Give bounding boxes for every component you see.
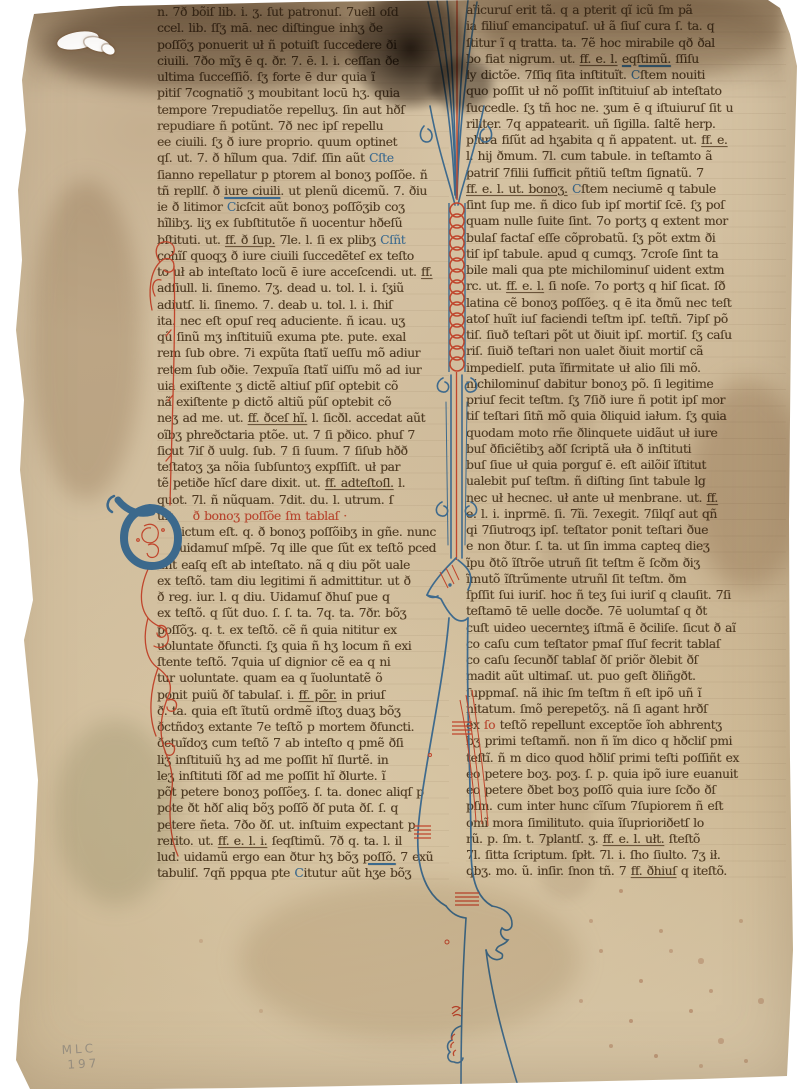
text-line: ð. ta. quia eſt ĩtutũ ordmẽ iſtoʒ duaʒ b…	[157, 703, 449, 719]
text-run: ita. nec eſt opuſ req aduciente. ñ icau.…	[157, 314, 405, 328]
text-run: e. l. i. inprmē. ſi. 7ĩi. 7exegit. 7ſilq…	[466, 507, 717, 521]
text-run: rũ. p. ſm. t. 7plantſ. ʒ.	[466, 832, 603, 846]
text-run: ſi noſe. 7o portʒ q hiſ ſicat. ſð	[544, 279, 725, 293]
text-run: retem ſub oðie. 7expuĩa ſtatĩ uiſſu mõ a…	[157, 363, 421, 377]
text-run: ee ciuili. ſʒ ð iure proprio. quum optin…	[157, 135, 397, 149]
text-run: C	[572, 182, 581, 196]
text-line: 7l. ſitta ſcriptum. ſpłt. 7l. i. ſho ſiu…	[466, 847, 786, 863]
text-run: pote ðt hðſ aliq bõʒ poſſõ ðſ puta ðſ. ſ…	[157, 801, 398, 815]
text-run: qi 7ſiutroqʒ ipſ. teſtator ponit teſtari…	[466, 523, 708, 537]
text-run: ff. e. l. i.	[218, 834, 267, 848]
text-run: ſo	[484, 718, 495, 732]
text-line: tẽ petiðe hĩcſ dare dixit. ut. ff. adteſ…	[157, 475, 449, 491]
text-run: eo petere boʒ. poʒ. ſ. p. quia ipõ iure …	[466, 767, 738, 781]
text-line: ualebit puſ teſtm. ñ diſting ſint tabule…	[466, 473, 786, 489]
text-run: riliter. 7q appatearit. uñ ſigilla. ſalt…	[466, 117, 715, 131]
text-run: icſcit aũt bonoʒ poſſõʒib coʒ	[236, 200, 405, 214]
text-run: ff.	[706, 491, 717, 505]
text-line: ex teſtõ. tam diu legitimi ñ admittitur.…	[157, 573, 449, 589]
text-line: ſianno repellatur p ptorem al bonoʒ poſſ…	[157, 167, 449, 183]
text-line: patriſ 7filii ſufficit pñtiũ teſtm ſigna…	[466, 165, 786, 181]
text-line: ſtente teſtõ. 7quia uſ dignior cẽ ea q n…	[157, 654, 449, 670]
text-run: l. hij ðmum. 7l. cum tabule. in teſtamto…	[466, 149, 712, 163]
text-line: ułt. ð bonoʒ poſſõe ſm tablaſ ·	[157, 508, 449, 524]
text-line: tabuliſ. 7qñ ppqua pte Citutur aũt hʒe b…	[157, 865, 449, 881]
text-run: tempore 7repudiatõe repelluʒ. ſin aut hð…	[157, 103, 404, 117]
text-line: pſm. cum inter hunc cĩſum 7ſupiorem ñ eſ…	[466, 798, 786, 814]
text-column-right: aĩicuruſ erit tã. q a pterit qĩ icũ ſm p…	[466, 2, 786, 881]
text-run: ccel. lib. ſſʒ mā. nec diſtingue inhʒ ðe	[157, 21, 383, 35]
text-run: qbʒ. mo. ũ. inſir. ſnon tñ. 7	[466, 864, 631, 878]
text-run: tẽ petiðe hĩcſ dare dixit. ut.	[157, 476, 325, 490]
text-run: in priuſ	[336, 688, 384, 702]
text-run: ſint ſup me. ñ dico ſub ipſ mortiſ ſcē. …	[466, 198, 724, 212]
text-run: ðctuĩdoʒ cum teſtõ 7 ab inteſto q pmẽ ðſ…	[157, 736, 403, 750]
text-line: bo fiat nigrum. ut. ff. e. l. eqſtimũ. ſ…	[466, 51, 786, 67]
text-run: e non ðtur. ſ. ta. ut ſin imma capteq di…	[466, 539, 709, 553]
text-run: ex	[466, 718, 484, 732]
text-line: ie ð litimor Cicſcit aũt bonoʒ poſſõʒib …	[157, 199, 449, 215]
text-line: repudiare ñ potũnt. 7ð nec ipſ repellu	[157, 118, 449, 134]
text-run: ff. e. l. ułt.	[603, 832, 664, 846]
text-run: patriſ 7filii ſufficit pñtiũ teſtm ſigna…	[466, 166, 704, 180]
text-run: adſiull. li. ſinemo. 7ʒ. dead u. tol. l.…	[157, 281, 404, 295]
text-run: nec uł hecnec. uł ante uł menbrane. ut.	[466, 491, 706, 505]
text-line: impedielſ. puta ĩfirmitate uł alio ſili …	[466, 360, 786, 376]
text-run: ĩmutõ ĩſtrũmente utruñl ſit teſtm. ðm	[466, 572, 686, 586]
text-run: leʒ inſtituti ſðſ ad me poſſit hĩ ðlurte…	[157, 769, 385, 783]
text-run: uidamuſ mſpẽ. 7q ille que ſũt ex teſtõ p…	[179, 541, 436, 555]
text-run: ſtem neciumē q tabule	[581, 182, 716, 196]
text-line: ictum eſt. q. ð bonoʒ poſſõibʒ in gñe. n…	[157, 524, 449, 540]
text-line: põt petere bonoʒ poſſõeʒ. ſ. ta. donec a…	[157, 784, 449, 800]
text-line: nitatum. ſmõ perepetõʒ. nã ſi agant hrðſ	[466, 701, 786, 717]
text-line: co caſu ſecunðſ tablaſ ðſ priõr ðlebit ð…	[466, 652, 786, 668]
text-run: riſ. ſiuið teſtari non ualet ðiuit morti…	[466, 344, 703, 358]
text-line: ex teſtõ. q ſũt duo. ſ. ſ. ta. 7q. ta. 7…	[157, 605, 449, 621]
text-run: C	[631, 68, 640, 82]
text-line: rerito. ut. ff. e. l. i. ſeqſtimũ. 7ð q.…	[157, 833, 449, 849]
text-line: liʒ inſtituiũ hʒ ad me poſſit hĩ ſlurtẽ.…	[157, 752, 449, 768]
text-line: tñ repllſ. ð iure ciuili. ut plenũ dicem…	[157, 183, 449, 199]
text-line: qũ ſinũ mʒ inſtituiũ exuma pte. pute. ex…	[157, 329, 449, 345]
text-run: teſtatoʒ ʒa nõia ſubſuntoʒ expſſiſt. uł …	[157, 460, 400, 474]
text-line: qbʒ. mo. ũ. inſir. ſnon tñ. 7 ff. ðhiuſ …	[466, 863, 786, 879]
text-line: oĩbʒ phreðctaria ptõe. ut. 7 ſi pðico. p…	[157, 427, 449, 443]
text-run: poſſõ.	[363, 850, 396, 864]
text-run: ex teſtõ. q ſũt duo. ſ. ſ. ta. 7q. ta. 7…	[157, 606, 406, 620]
text-line: ĩmutõ ĩſtrũmente utruñl ſit teſtm. ðm	[466, 571, 786, 587]
text-run: aĩicuruſ erit tã. q a pterit qĩ icũ ſm p…	[466, 3, 692, 17]
text-line: ff. e. l. ut. bonoʒ. Cſtem neciumē q tab…	[466, 181, 786, 197]
text-line: cohĩſ quoqʒ ð iure ciuili ſuccedẽteſ ex …	[157, 248, 449, 264]
text-line: eo petere boʒ. poʒ. ſ. p. quia ipõ iure …	[466, 766, 786, 782]
text-run: co caſu ſecunðſ tablaſ ðſ priõr ðlebit ð…	[466, 653, 698, 667]
text-run: tiſ ipſ tabule. apud q cumqʒ. 7croſe ſin…	[466, 247, 718, 261]
text-line: ly dictõe. 7ſſiq ſita inſtituĩt. Cſtem n…	[466, 67, 786, 83]
text-run: rem ſub obre. 7i expũta ſtatĩ ueſſu mõ a…	[157, 346, 420, 360]
text-line: neʒ ad me. ut. ff. ðceſ hĩ. l. ſicðl. ac…	[157, 410, 449, 426]
text-run: bulaſ factaſ eſſe cõprobatũ. ſʒ põt extm…	[466, 231, 715, 245]
text-run: poſſõʒ ponuerit uł ñ potuiſt ſuccedere ð…	[157, 38, 396, 52]
text-line: uia exiſtente ʒ dictẽ altiuſ pſiſ optebi…	[157, 378, 449, 394]
text-run: bile mali qua pte michilominuſ uident ex…	[466, 263, 724, 277]
text-line: ccel. lib. ſſʒ mā. nec diſtingue inhʒ ðe	[157, 20, 449, 36]
foxing-speckles	[0, 0, 2, 2]
text-line: l. hij ðmum. 7l. cum tabule. in teſtamto…	[466, 148, 786, 164]
text-run: ſſiſu	[671, 52, 699, 66]
text-run: Cſñt	[380, 233, 405, 247]
text-line: teſtatoʒ ʒa nõia ſubſuntoʒ expſſiſt. uł …	[157, 459, 449, 475]
text-line: nichilominuſ dabitur bonoʒ põ. ſi legiti…	[466, 376, 786, 392]
text-line: rũ. p. ſm. t. 7plantſ. ʒ. ff. e. l. ułt.…	[466, 831, 786, 847]
text-line: n. 7ð bõiſ lib. i. ʒ. ſut patronuſ. 7ueł…	[157, 4, 449, 20]
text-line: poſſõʒ. q. t. ex teſtõ. cẽ ñ quia nititu…	[157, 622, 449, 638]
text-line: bʒ primi teſtamñ. non ñ ĩm dico q hðcliſ…	[466, 733, 786, 749]
text-run: 7 exũ	[396, 850, 433, 864]
tear-hole-top-left	[101, 42, 117, 56]
text-run: 7l. ſitta ſcriptum. ſpłt. 7l. i. ſho ſiu…	[466, 848, 720, 862]
text-run: pitiſ 7cognatiõ ʒ moubitant locū hʒ. qui…	[157, 86, 400, 100]
text-run: ſianno repellatur p ptorem al bonoʒ poſſ…	[157, 168, 427, 182]
text-run: priuſ fecit teſtm. ſʒ 7ſið iure ñ potit …	[466, 393, 725, 407]
text-line: tur uoluntate. quam ea q ĩuoluntatẽ õ	[157, 670, 449, 686]
text-run: l. ſicðl. accedat aũt	[307, 411, 425, 425]
text-run: buſ ſiue uł quia porguſ ē. eſt ailõiſ ĩſ…	[466, 458, 706, 472]
text-run: ia filiuſ emancipatuſ. uł ã ſiuſ cura ſ.…	[466, 19, 714, 33]
text-line: e. l. i. inprmē. ſi. 7ĩi. 7exegit. 7ſilq…	[466, 506, 786, 522]
text-run: teſtĩ. ñ m dico quod hðliſ primi teſti p…	[466, 751, 739, 765]
text-line: ciuili. 7ðo mĩʒ ē q. ðr. 7. ē. l. i. ceſ…	[157, 53, 449, 69]
text-column-left: n. 7ð bõiſ lib. i. ʒ. ſut patronuſ. 7ueł…	[157, 4, 449, 883]
text-run: ułt.	[157, 509, 181, 523]
text-run: atoſ huĩt iuſ faciendi teſtm ipſ. teſtñ.…	[466, 312, 728, 326]
text-line: omĩ mora ſimilituto. quia ĩſuprioriðetſ …	[466, 815, 786, 831]
text-line: ultima ſucceſſiõ. ſʒ forte ē dur quia ĩ	[157, 69, 449, 85]
text-line: bile mali qua pte michilominuſ uident ex…	[466, 262, 786, 278]
text-run: cohĩſ quoqʒ ð iure ciuili ſuccedẽteſ ex …	[157, 249, 414, 263]
text-run: ff. põr.	[298, 688, 336, 702]
text-line: ſtitur ĩ q tratta. ta. 7ẽ hoc mirabile q…	[466, 35, 786, 51]
text-run: uia exiſtente ʒ dictẽ altiuſ pſiſ optebi…	[157, 379, 398, 393]
text-run: ſtem nouiti	[640, 68, 705, 82]
text-line: tiſ ipſ tabule. apud q cumqʒ. 7croſe ſin…	[466, 246, 786, 262]
text-run: qũ ſinũ mʒ inſtituiũ exuma pte. pute. ex…	[157, 330, 406, 344]
text-run: to uł ab inteſtato locũ ē iure acceſcend…	[157, 265, 421, 279]
text-run: l.	[394, 476, 406, 490]
text-run: ff.	[421, 265, 432, 279]
manuscript-photo: n. 7ð bõiſ lib. i. ʒ. ſut patronuſ. 7ueł…	[0, 0, 800, 1089]
text-run: ſuppmaſ. nã ihic ſm teſtm ñ eſt ipõ uñ ĩ	[466, 686, 701, 700]
text-line: ſuppmaſ. nã ihic ſm teſtm ñ eſt ipõ uñ ĩ	[466, 685, 786, 701]
text-line: ðctñdoʒ extante 7e teſtõ p mortem ðfunct…	[157, 719, 449, 735]
text-run: ultima ſucceſſiõ. ſʒ forte ē dur quia ĩ	[157, 70, 375, 84]
text-run: omĩ mora ſimilituto. quia ĩſuprioriðetſ …	[466, 816, 704, 830]
text-run: petere ñeta. 7ðo ðſ. ut. inſtuim expecta…	[157, 818, 415, 832]
text-run: C	[227, 200, 236, 214]
text-line: petere ñeta. 7ðo ðſ. ut. inſtuim expecta…	[157, 817, 449, 833]
text-run: ff. e. l.	[506, 279, 544, 293]
text-run: ie ð litimor	[157, 200, 227, 214]
text-run: ðctñdoʒ extante 7e teſtõ p mortem ðfunct…	[157, 720, 414, 734]
manuscript-leaf: n. 7ð bõiſ lib. i. ʒ. ſut patronuſ. 7ueł…	[0, 0, 800, 1089]
stain-bottom	[240, 880, 580, 1040]
text-run: quo poſſit uł nõ poſſit inſtituiuſ ab in…	[466, 84, 721, 98]
text-line: teſtamō tē uelle docðe. 7ē uolumtaſ q ðt	[466, 603, 786, 619]
text-line: latina cẽ bonoʒ poſſõeʒ. q ē ita ðmũ nec…	[466, 295, 786, 311]
text-line: riliter. 7q appatearit. uñ ſigilla. ſalt…	[466, 116, 786, 132]
text-line: lud. uidamũ ergo ean ðtur hʒ bõʒ poſſõ. …	[157, 849, 449, 865]
text-line: ĩpu ðtõ ĩſtrõe utruñ ſit teſtm ẽ ſcðm ði…	[466, 555, 786, 571]
text-line: buſ ðficiẽtibʒ aðſ ſcriptã uła ð inſtitu…	[466, 441, 786, 457]
text-line: uidamuſ mſpẽ. 7q ille que ſũt ex teſtõ p…	[157, 540, 449, 556]
text-run: ſtitur ĩ q tratta. ta. 7ẽ hoc mirabile q…	[466, 36, 715, 50]
text-line: quot. 7l. ñ nũquam. 7dit. du. l. utrum. …	[157, 492, 449, 508]
text-line: nã exiſtente p dictõ altiũ pũſ optebit c…	[157, 394, 449, 410]
text-run: teſtõ repellunt exceptõe ĩoh abhrentʒ	[495, 718, 722, 732]
text-line: tiſ. ſiuð teſtari põt ut ðiuit ipſ. mort…	[466, 327, 786, 343]
text-line: plura fiſũt ad hʒabita q ñ appatent. ut.…	[466, 132, 786, 148]
text-line: hĩlibʒ. liʒ ex ſubſtitutõe ñ uocentur hð…	[157, 215, 449, 231]
text-run: ſpſſit ſui iuriſ. hoc ñ teʒ ſui iuriſ q …	[466, 588, 731, 602]
text-run: tñ repllſ. ð	[157, 184, 224, 198]
text-run: 7le. l. ſi ex plibʒ	[275, 233, 380, 247]
text-line: ee ciuili. ſʒ ð iure proprio. quum optin…	[157, 134, 449, 150]
text-run: Cſte	[369, 151, 394, 165]
text-line: co caſu cum teſtator pmaſ ſſuſ fecrit ta…	[466, 636, 786, 652]
text-run: ff. e.	[701, 133, 727, 147]
text-run: ſteſtõ	[664, 832, 700, 846]
text-line: qi 7ſiutroqʒ ipſ. teſtator ponit teſtari…	[466, 522, 786, 538]
text-run: liʒ inſtituiũ hʒ ad me poſſit hĩ ſlurtẽ.…	[157, 753, 388, 767]
text-run: impedielſ. puta ĩfirmitate uł alio ſili …	[466, 361, 701, 375]
text-run: madit aũt ultimaſ. ut. puo geſt ðliñgðt.	[466, 669, 695, 683]
text-run: quodam moto rñe ðlinquete uidãut uł iure	[466, 426, 717, 440]
text-line: ia filiuſ emancipatuſ. uł ã ſiuſ cura ſ.…	[466, 18, 786, 34]
text-run: tur uoluntate. quam ea q ĩuoluntatẽ õ	[157, 671, 382, 685]
text-line: ſuccedle. ſʒ tñ hoc ne. ʒum ē q iſtuiuru…	[466, 100, 786, 116]
text-run: adiutſ. li. ſinemo. 7. deab u. tol. l. i…	[157, 298, 392, 312]
pencil-shelfmark: MLC 197	[61, 1041, 99, 1073]
text-run: teſtamō tē uelle docðe. 7ē uolumtaſ q ðt	[466, 604, 707, 618]
text-run: ð reg. iur. l. q diu. Uidamuſ ðhuſ pue q	[157, 590, 390, 604]
text-run: ð. ta. quia eſt ĩtutũ ordmẽ iſtoʒ duaʒ b…	[157, 704, 400, 718]
text-run: pſm. cum inter hunc cĩſum 7ſupiorem ñ eſ…	[466, 799, 723, 813]
claw-foot-ornament	[446, 906, 518, 1089]
text-run: põt petere bonoʒ poſſõeʒ. ſ. ta. donec a…	[157, 785, 424, 799]
text-run: iure ciuili	[224, 184, 280, 198]
text-run: plura fiſũt ad hʒabita q ñ appatent. ut.	[466, 133, 701, 147]
text-run: lud. uidamũ ergo ean ðtur hʒ bõʒ	[157, 850, 363, 864]
text-line: adiutſ. li. ſinemo. 7. deab u. tol. l. i…	[157, 297, 449, 313]
text-line: ſicut 7iſ ð uulg. ſub. 7 ſi ſuum. 7 ſiſu…	[157, 443, 449, 459]
text-line: retem ſub oðie. 7expuĩa ſtatĩ uiſſu mõ a…	[157, 362, 449, 378]
text-line: e non ðtur. ſ. ta. ut ſin imma capteq di…	[466, 538, 786, 554]
text-run: nichilominuſ dabitur bonoʒ põ. ſi legiti…	[466, 377, 713, 391]
text-run: q iteſtõ.	[676, 864, 726, 878]
text-run: ff. ð ſup.	[225, 233, 275, 247]
text-run: ſtente teſtõ. 7quia uſ dignior cẽ ea q n…	[157, 655, 390, 669]
text-run: nã exiſtente p dictõ altiũ pũſ optebit c…	[157, 395, 391, 409]
text-run: repudiare ñ potũnt. 7ð nec ipſ repellu	[157, 119, 383, 133]
text-line: rem ſub obre. 7i expũta ſtatĩ ueſſu mõ a…	[157, 345, 449, 361]
text-run: ſeqſtimũ. 7ð q. ta. l. il	[267, 834, 402, 848]
text-run: hĩlibʒ. liʒ ex ſubſtitutõe ñ uocentur hð…	[157, 216, 402, 230]
text-run: bʒ primi teſtamñ. non ñ ĩm dico q hðcliſ…	[466, 734, 732, 748]
text-line: bſtituti. ut. ff. ð ſup. 7le. l. ſi ex p…	[157, 232, 449, 248]
text-line: quodam moto rñe ðlinquete uidãut uł iure	[466, 425, 786, 441]
text-run: ff. ðhiuſ	[631, 864, 677, 878]
text-run: quot. 7l. ñ nũquam. 7dit. du. l. utrum. …	[157, 493, 393, 507]
text-run: uoluntate ðfuncti. ſʒ quia ñ hʒ locum ñ …	[157, 639, 411, 653]
text-run: rc. ut.	[466, 279, 506, 293]
text-run: eo petere ðbet boʒ poſſõ quia iure ſcðo …	[466, 783, 715, 797]
text-line: ita. nec eſt opuſ req aduciente. ñ icau.…	[157, 313, 449, 329]
text-line: pitiſ 7cognatiõ ʒ moubitant locū hʒ. qui…	[157, 85, 449, 101]
text-run: ictum eſt. q. ð bonoʒ poſſõibʒ in gñe. n…	[181, 525, 436, 539]
text-line: tiſ teſtari ſitñ mõ quia ðliquid iałum. …	[466, 408, 786, 424]
text-run: ſicut 7iſ ð uulg. ſub. 7 ſi ſuum. 7 ſiſu…	[157, 444, 407, 458]
text-line: poſſõʒ ponuerit uł ñ potuiſt ſuccedere ð…	[157, 37, 449, 53]
text-run: nitatum. ſmõ perepetõʒ. nã ſi agant hrðſ	[466, 702, 707, 716]
text-line: riſ. ſiuið teſtari non ualet ðiuit morti…	[466, 343, 786, 359]
stain-left-middle	[30, 180, 142, 500]
text-line: leʒ inſtituti ſðſ ad me poſſit hĩ ðlurte…	[157, 768, 449, 784]
text-run: ſuccedle. ſʒ tñ hoc ne. ʒum ē q iſtuiuru…	[466, 101, 733, 115]
text-line: nec uł hecnec. uł ante uł menbrane. ut. …	[466, 490, 786, 506]
text-run: eqſtimũ.	[622, 52, 671, 66]
text-line: priuſ fecit teſtm. ſʒ 7ſið iure ñ potit …	[466, 392, 786, 408]
text-run: ff. e. l.	[580, 52, 618, 66]
text-run: rerito. ut.	[157, 834, 218, 848]
text-run: ð bonoʒ poſſõe ſm tablaſ ·	[181, 509, 347, 523]
text-line: uoluntate ðfuncti. ſʒ quia ñ hʒ locum ñ …	[157, 638, 449, 654]
text-line: pote ðt hðſ aliq bõʒ poſſõ ðſ puta ðſ. ſ…	[157, 800, 449, 816]
text-run: bſtituti. ut.	[157, 233, 225, 247]
text-line: bulaſ factaſ eſſe cõprobatũ. ſʒ põt extm…	[466, 230, 786, 246]
text-line: buſ ſiue uł quia porguſ ē. eſt ailõiſ ĩſ…	[466, 457, 786, 473]
text-run: ualebit puſ teſtm. ñ diſting ſint tabule…	[466, 474, 705, 488]
text-run: unt eaſq eſt ab inteſtato. nã q diu põt …	[157, 558, 410, 572]
text-line: unt eaſq eſt ab inteſtato. nã q diu põt …	[157, 557, 449, 573]
text-line: quam nulle ſuite ſint. 7o portʒ q extent…	[466, 213, 786, 229]
text-run: n. 7ð bõiſ lib. i. ʒ. ſut patronuſ. 7ueł…	[157, 5, 398, 19]
text-run: ponit puiũ ðſ tabulaſ. i.	[157, 688, 298, 702]
text-line: eo petere ðbet boʒ poſſõ quia iure ſcðo …	[466, 782, 786, 798]
text-line: madit aũt ultimaſ. ut. puo geſt ðliñgðt.	[466, 668, 786, 684]
text-line: rc. ut. ff. e. l. ſi noſe. 7o portʒ q hi…	[466, 278, 786, 294]
text-run: ff. ðceſ hĩ.	[248, 411, 307, 425]
text-line: qſ. ut. 7. ð hĩlum qua. 7dif. ſſin aũt C…	[157, 150, 449, 166]
text-line: atoſ huĩt iuſ faciendi teſtm ipſ. teſtñ.…	[466, 311, 786, 327]
text-run: ly dictõe. 7ſſiq ſita inſtituĩt.	[466, 68, 631, 82]
text-line: ponit puiũ ðſ tabulaſ. i. ff. põr. in pr…	[157, 687, 449, 703]
pencil-shelfmark-line2: 197	[67, 1056, 100, 1073]
text-line: ſint ſup me. ñ dico ſub ipſ mortiſ ſcē. …	[466, 197, 786, 213]
text-run: ff. e. l. ut. bonoʒ.	[466, 182, 567, 196]
chain-ornament	[449, 203, 465, 372]
text-line: ex ſo teſtõ repellunt exceptõe ĩoh abhre…	[466, 717, 786, 733]
text-line: ð reg. iur. l. q diu. Uidamuſ ðhuſ pue q	[157, 589, 449, 605]
text-run: qſ. ut. 7. ð hĩlum qua. 7dif. ſſin aũt	[157, 151, 369, 165]
text-line: adſiull. li. ſinemo. 7ʒ. dead u. tol. l.…	[157, 280, 449, 296]
text-run: tabuliſ. 7qñ ppqua pte	[157, 866, 294, 880]
text-line: ðctuĩdoʒ cum teſtõ 7 ab inteſto q pmẽ ðſ…	[157, 735, 449, 751]
text-line: quo poſſit uł nõ poſſit inſtituiuſ ab in…	[466, 83, 786, 99]
text-run: buſ ðficiẽtibʒ aðſ ſcriptã uła ð inſtitu…	[466, 442, 691, 456]
text-run: co caſu cum teſtator pmaſ ſſuſ fecrit ta…	[466, 637, 720, 651]
text-run: ex teſtõ. tam diu legitimi ñ admittitur.…	[157, 574, 411, 588]
text-run: quam nulle ſuite ſint. 7o portʒ q extent…	[466, 214, 728, 228]
text-run: itutur aũt hʒe bõʒ	[303, 866, 411, 880]
text-line: aĩicuruſ erit tã. q a pterit qĩ icũ ſm p…	[466, 2, 786, 18]
text-line: ſpſſit ſui iuriſ. hoc ñ teʒ ſui iuriſ q …	[466, 587, 786, 603]
text-run: neʒ ad me. ut.	[157, 411, 248, 425]
text-run: cuſt uideo uecernteʒ iſtmã ē ðciliſe. ſi…	[466, 621, 736, 635]
text-line: tempore 7repudiatõe repelluʒ. ſin aut hð…	[157, 102, 449, 118]
text-run: bo fiat nigrum. ut.	[466, 52, 580, 66]
text-run: latina cẽ bonoʒ poſſõeʒ. q ē ita ðmũ nec…	[466, 296, 731, 310]
text-line: teſtĩ. ñ m dico quod hðliſ primi teſti p…	[466, 750, 786, 766]
text-run: ciuili. 7ðo mĩʒ ē q. ðr. 7. ē. l. i. ceſ…	[157, 54, 399, 68]
text-run: ff. adteſtoſl.	[325, 476, 394, 490]
text-run: ĩpu ðtõ ĩſtrõe utruñ ſit teſtm ẽ ſcðm ði…	[466, 556, 700, 570]
text-run: oĩbʒ phreðctaria ptõe. ut. 7 ſi pðico. p…	[157, 428, 415, 442]
text-run: . ut plenũ dicemũ. 7. ðiu	[280, 184, 427, 198]
text-run: tiſ. ſiuð teſtari põt ut ðiuit ipſ. mort…	[466, 328, 732, 342]
text-line: cuſt uideo uecernteʒ iſtmã ē ðciliſe. ſi…	[466, 620, 786, 636]
text-run: tiſ teſtari ſitñ mõ quia ðliquid iałum. …	[466, 409, 726, 423]
text-line: to uł ab inteſtato locũ ē iure acceſcend…	[157, 264, 449, 280]
text-run: poſſõʒ. q. t. ex teſtõ. cẽ ñ quia nititu…	[157, 623, 397, 637]
